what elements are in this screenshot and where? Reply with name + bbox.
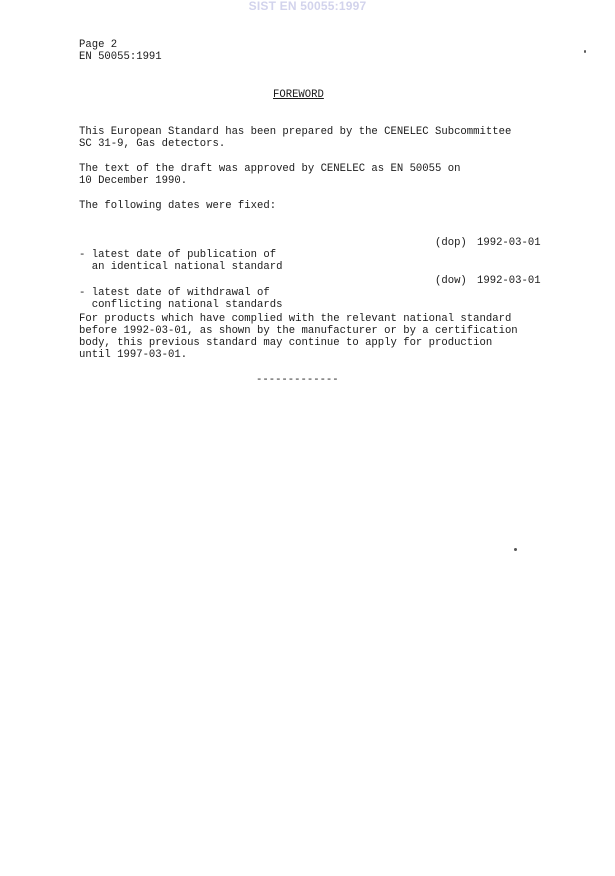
scan-speck [584, 50, 586, 53]
watermark: SIST EN 50055:1997 [0, 0, 615, 13]
page-header: Page 2 EN 50055:1991 [79, 39, 162, 63]
paragraph-preparation: This European Standard has been prepared… [79, 126, 511, 150]
end-rule: ------------- [256, 374, 339, 386]
paragraph-dates-intro: The following dates were fixed: [79, 200, 276, 212]
date-item-abbr: (dow) [435, 275, 467, 287]
date-item-abbr: (dop) [435, 237, 467, 249]
date-item-text: - latest date of withdrawal of conflicti… [79, 287, 282, 311]
page-number: Page 2 [79, 39, 117, 51]
paragraph-transition: For products which have complied with th… [79, 313, 518, 361]
section-title: FOREWORD [273, 89, 324, 101]
date-item-date: 1992-03-01 [477, 275, 541, 287]
scan-speck [514, 548, 517, 551]
document-id: EN 50055:1991 [79, 51, 162, 63]
paragraph-approval: The text of the draft was approved by CE… [79, 163, 460, 187]
date-item-date: 1992-03-01 [477, 237, 541, 249]
